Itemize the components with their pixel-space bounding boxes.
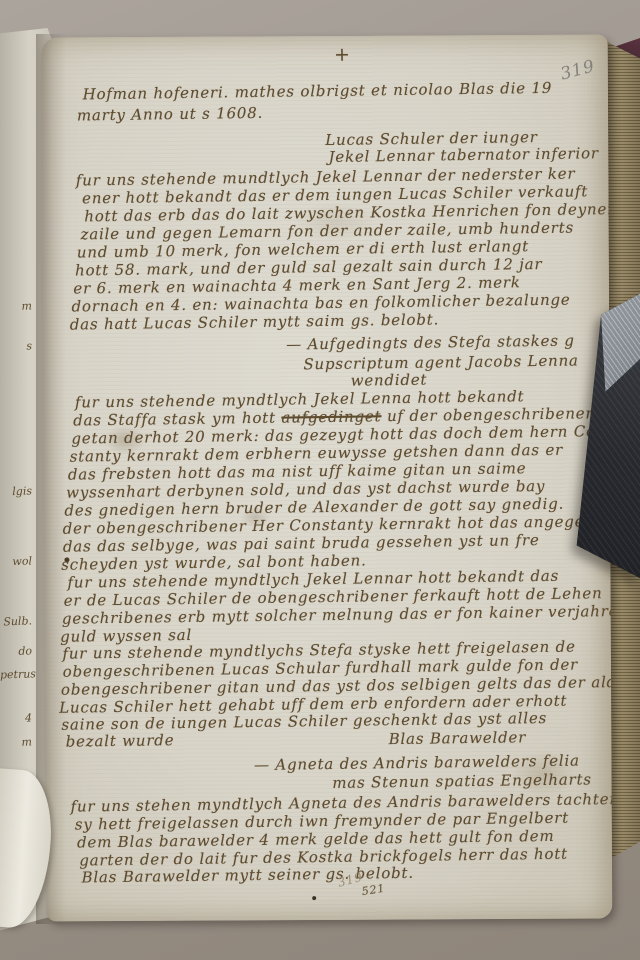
left-page-text-fragment: m [0,299,32,313]
handwriting-layer: + 319 Hofman hofeneri. mathes olbrigst e… [42,35,613,922]
left-page-text-fragment: Sulb. [0,614,32,628]
left-page-text-fragment: petrus [0,667,32,681]
left-page-text-fragment: 4 [0,711,32,725]
left-page-text-fragment: m [0,735,32,749]
manuscript-line: bezalt wurde [66,731,175,751]
manuscript-line: wendidet [351,371,428,390]
manuscript-line: marty Anno ut s 1608. [77,104,263,125]
manuscript-line: mas Stenun spatias Engelharts [332,770,592,792]
left-page-text-fragment: do [0,644,32,658]
manuscript-line: das hatt Lucas Schiler mytt saim gs. bel… [70,310,440,333]
manuscript-line: Hofman hofeneri. mathes olbrigst et nico… [82,79,552,104]
manuscript-photo: m s lgis wol Sulb. do petrus 4 m b f + 3… [0,0,640,960]
manuscript-line: Supscriptum agent Jacobs Lenna [303,351,579,373]
manuscript-line: — Aufgedingts des Stefa staskes g [286,332,575,354]
left-page-text-fragment: lgis [0,484,32,498]
folio-number-bottom-alt: 521 [361,882,386,898]
manuscript-line: Jekel Lennar tabernator inferior [328,144,599,166]
left-page-text-fragment: s [0,339,32,353]
manuscript-line: Blas Barawelder [389,728,527,748]
manuscript-page: + 319 Hofman hofeneri. mathes olbrigst e… [42,35,613,922]
cross-mark: + [334,44,350,66]
folio-number-top: 319 [558,56,597,84]
struck-word: aufgedinget [281,407,381,426]
left-page-text-fragment: wol [0,554,32,568]
book-weight [568,288,640,584]
